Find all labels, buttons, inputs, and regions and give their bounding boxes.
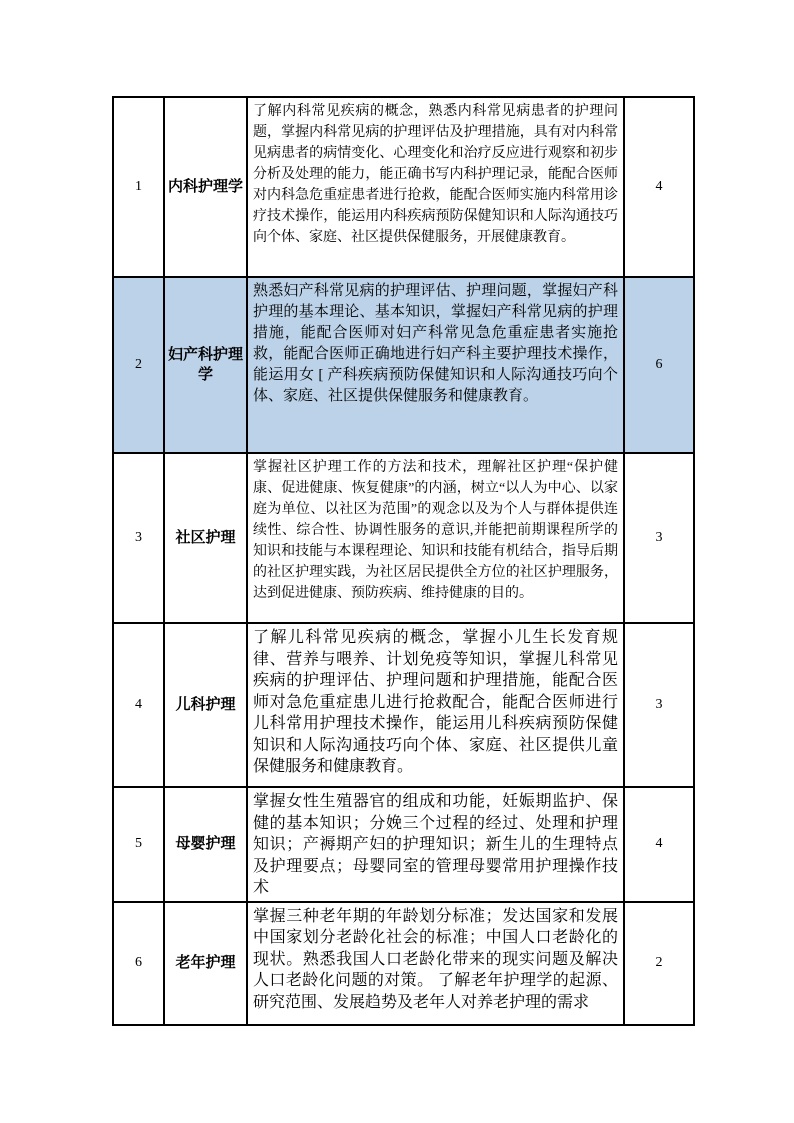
table-row: 1 内科护理学 了解内科常见疾病的概念，熟悉内科常见病患者的护理问题，掌握内科常… [113,97,694,277]
course-name-cell: 内科护理学 [164,97,247,277]
row-number-cell: 2 [113,277,164,453]
table-row: 4 儿科护理 了解儿科常见疾病的概念，掌握小儿生长发育规律、营养与喂养、计划免疫… [113,623,694,787]
course-name-cell: 妇产科护理学 [164,277,247,453]
course-description-cell: 了解儿科常见疾病的概念，掌握小儿生长发育规律、营养与喂养、计划免疫等知识，掌握儿… [247,623,624,787]
row-number-cell: 5 [113,787,164,902]
course-description-cell: 掌握社区护理工作的方法和技术，理解社区护理“保护健康、促进健康、恢复健康”的内涵… [247,453,624,623]
row-number-cell: 3 [113,453,164,623]
table-row: 6 老年护理 掌握三种老年期的年龄划分标准；发达国家和发展中国家划分老龄化社会的… [113,902,694,1025]
document-page: 1 内科护理学 了解内科常见疾病的概念，熟悉内科常见病患者的护理问题，掌握内科常… [0,0,794,1123]
course-hours-cell: 4 [624,787,694,902]
table-row: 3 社区护理 掌握社区护理工作的方法和技术，理解社区护理“保护健康、促进健康、恢… [113,453,694,623]
course-description-cell: 熟悉妇产科常见病的护理评估、护理问题，掌握妇产科护理的基本理论、基本知识，掌握妇… [247,277,624,453]
course-description-cell: 了解内科常见疾病的概念，熟悉内科常见病患者的护理问题，掌握内科常见病的护理评估及… [247,97,624,277]
course-description-cell: 掌握三种老年期的年龄划分标准；发达国家和发展中国家划分老龄化社会的标准；中国人口… [247,902,624,1025]
table-row: 2 妇产科护理学 熟悉妇产科常见病的护理评估、护理问题，掌握妇产科护理的基本理论… [113,277,694,453]
course-hours-cell: 3 [624,453,694,623]
course-hours-cell: 4 [624,97,694,277]
table-row: 5 母婴护理 掌握女性生殖器官的组成和功能，妊娠期监护、保健的基本知识；分娩三个… [113,787,694,902]
row-number-cell: 4 [113,623,164,787]
course-name-cell: 老年护理 [164,902,247,1025]
course-hours-cell: 3 [624,623,694,787]
course-name-cell: 社区护理 [164,453,247,623]
row-number-cell: 6 [113,902,164,1025]
course-objectives-table: 1 内科护理学 了解内科常见疾病的概念，熟悉内科常见病患者的护理问题，掌握内科常… [112,96,695,1026]
course-name-cell: 儿科护理 [164,623,247,787]
course-name-cell: 母婴护理 [164,787,247,902]
course-hours-cell: 6 [624,277,694,453]
row-number-cell: 1 [113,97,164,277]
course-hours-cell: 2 [624,902,694,1025]
course-description-cell: 掌握女性生殖器官的组成和功能，妊娠期监护、保健的基本知识；分娩三个过程的经过、处… [247,787,624,902]
